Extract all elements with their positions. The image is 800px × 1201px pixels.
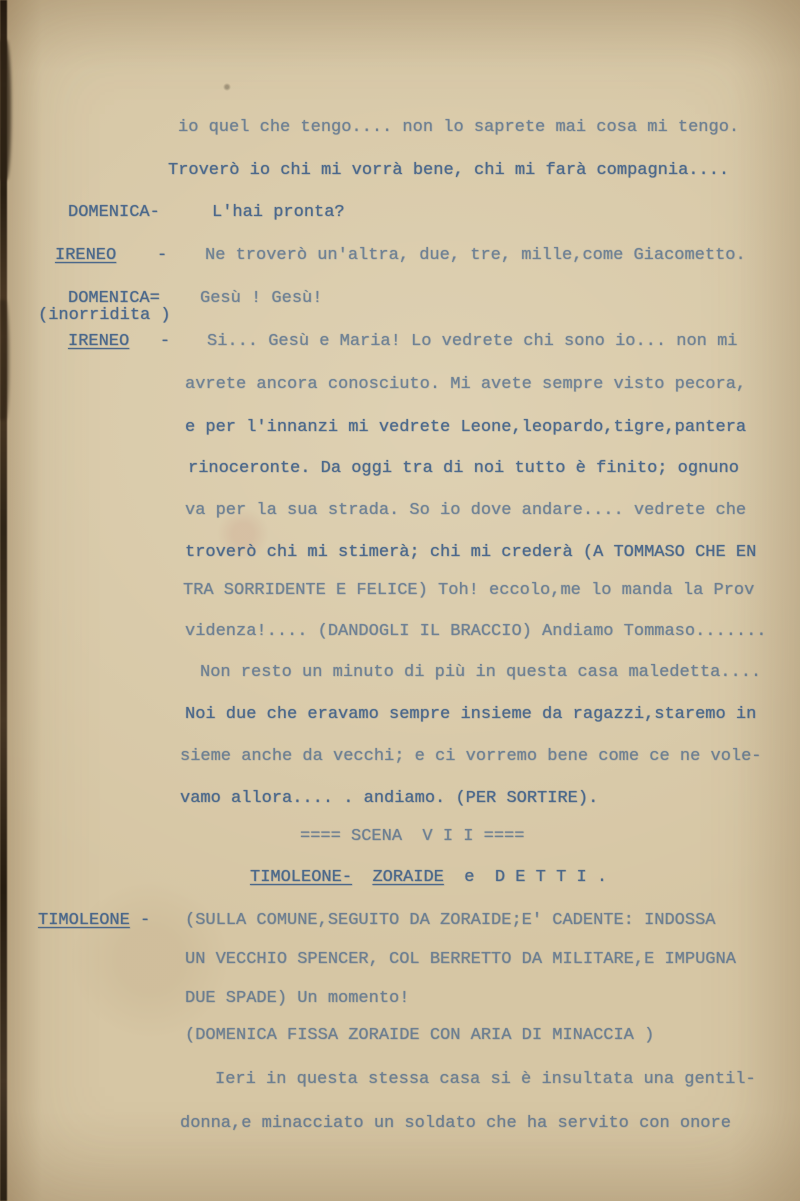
scanned-script-page: io quel che tengo.... non lo saprete mai…	[0, 0, 800, 1201]
speaker-dash: -	[150, 203, 160, 222]
cast-name-timoleone: TIMOLEONE-	[250, 868, 352, 887]
typewritten-text-layer: io quel che tengo.... non lo saprete mai…	[0, 0, 800, 1201]
speaker-dash: -	[129, 332, 170, 351]
cast-separator	[352, 868, 372, 887]
script-line: sieme anche da vecchi; e ci vorremo bene…	[180, 747, 762, 767]
speaker-name: IRENEO	[68, 332, 129, 351]
script-line: e per l'innanzi mi vedrete Leone,leopard…	[185, 418, 746, 438]
script-line: avrete ancora conosciuto. Mi avete sempr…	[185, 375, 746, 395]
speaker-timoleone: TIMOLEONE -	[38, 911, 150, 931]
speaker-domenica: DOMENICA-	[68, 203, 160, 223]
script-line: Gesù ! Gesù!	[200, 289, 322, 309]
speaker-name: TIMOLEONE	[38, 911, 130, 930]
script-line: va per la sua strada. So io dove andare.…	[185, 501, 746, 521]
scene-heading: ==== SCENA V I I ====	[300, 827, 524, 847]
script-line: troverò chi mi stimerà; chi mi crederà (…	[185, 543, 756, 563]
script-line: Non resto un minuto di più in questa cas…	[200, 663, 761, 683]
script-line: io quel che tengo.... non lo saprete mai…	[178, 118, 739, 138]
stage-note-inorridita: (inorridita )	[38, 306, 171, 326]
cast-detti: D E T T I .	[495, 868, 607, 887]
script-line: Si... Gesù e Maria! Lo vedrete chi sono …	[207, 332, 738, 352]
script-line: Noi due che eravamo sempre insieme da ra…	[185, 705, 756, 725]
script-line: (DOMENICA FISSA ZORAIDE CON ARIA DI MINA…	[185, 1026, 654, 1046]
script-line: vamo allora.... . andiamo. (PER SORTIRE)…	[180, 789, 598, 809]
script-line: videnza!.... (DANDOGLI IL BRACCIO) Andia…	[185, 622, 767, 642]
script-line: Ne troverò un'altra, due, tre, mille,com…	[205, 246, 746, 266]
speaker-dash: -	[130, 911, 150, 930]
cast-separator: e	[444, 868, 495, 887]
script-line: UN VECCHIO SPENCER, COL BERRETTO DA MILI…	[185, 950, 736, 970]
scene-cast-line: TIMOLEONE- ZORAIDE e D E T T I .	[250, 868, 607, 888]
script-line: TRA SORRIDENTE E FELICE) Toh! eccolo,me …	[183, 581, 754, 601]
speaker-ireneo: IRENEO -	[55, 246, 167, 266]
script-line: rinoceronte. Da oggi tra di noi tutto è …	[188, 459, 739, 479]
speaker-name: IRENEO	[55, 246, 116, 265]
script-line: donna,e minacciato un soldato che ha ser…	[180, 1114, 731, 1134]
script-line: DUE SPADE) Un momento!	[185, 989, 409, 1009]
script-line: Ieri in questa stessa casa si è insultat…	[215, 1070, 756, 1090]
script-line: L'hai pronta?	[212, 203, 345, 223]
speaker-ireneo: IRENEO -	[68, 332, 170, 352]
speaker-name: DOMENICA	[68, 203, 150, 222]
speaker-dash: -	[116, 246, 167, 265]
script-line: (SULLA COMUNE,SEGUITO DA ZORAIDE;E' CADE…	[185, 911, 716, 931]
cast-name-zoraide: ZORAIDE	[372, 868, 443, 887]
script-line: Troverò io chi mi vorrà bene, chi mi far…	[168, 161, 729, 181]
